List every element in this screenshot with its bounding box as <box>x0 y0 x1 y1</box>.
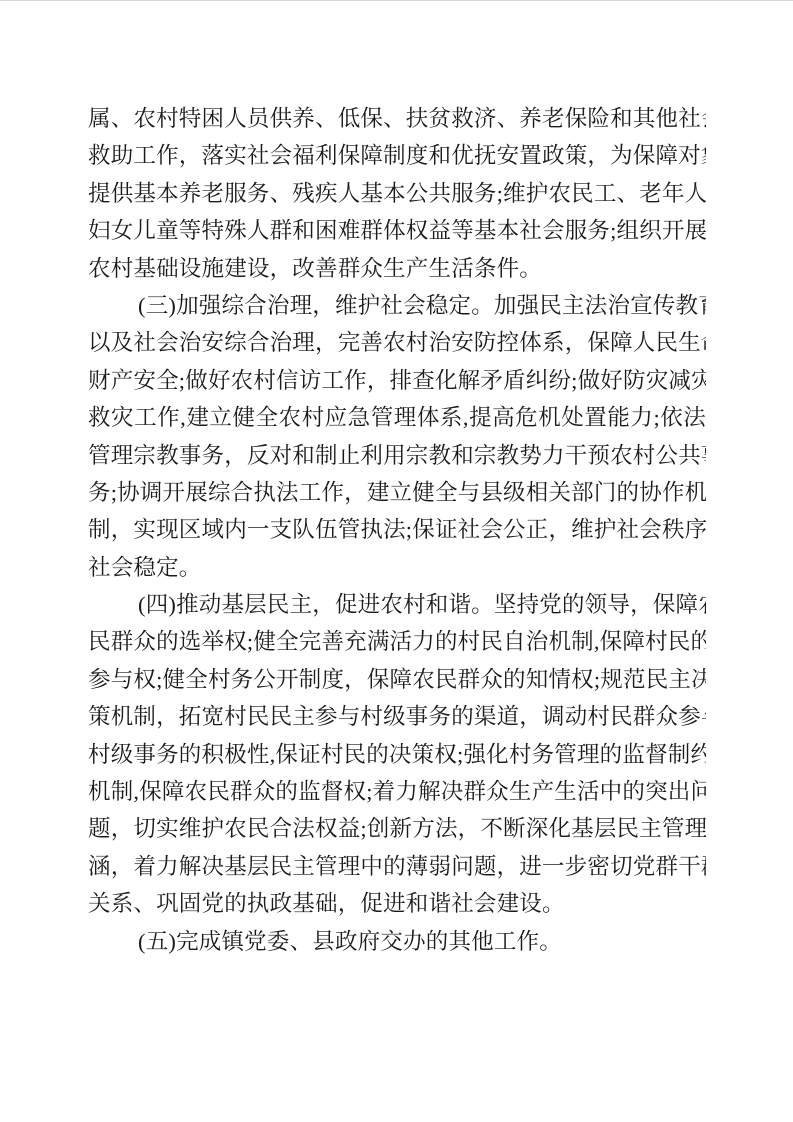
paragraph-item-four: (四)推动基层民主，促进农村和谐。坚持党的领导，保障农 民群众的选举权;健全完善… <box>88 586 706 923</box>
text-line: (三)加强综合治理，维护社会稳定。加强民主法治宣传教育 <box>88 287 706 324</box>
paragraph-continuation: 属、农村特困人员供养、低保、扶贫救济、养老保险和其他社会 救助工作，落实社会福利… <box>88 100 706 287</box>
text-line: 农村基础设施建设，改善群众生产生活条件。 <box>88 250 706 287</box>
text-line: 社会稳定。 <box>88 549 706 586</box>
paragraph-item-five: (五)完成镇党委、县政府交办的其他工作。 <box>88 923 706 960</box>
document-text-block: 属、农村特困人员供养、低保、扶贫救济、养老保险和其他社会 救助工作，落实社会福利… <box>88 100 706 960</box>
text-line: 涵，着力解决基层民主管理中的薄弱问题，进一步密切党群干群 <box>88 848 706 885</box>
text-line: 参与权;健全村务公开制度，保障农民群众的知情权;规范民主决 <box>88 661 706 698</box>
text-line: 属、农村特困人员供养、低保、扶贫救济、养老保险和其他社会 <box>88 100 706 137</box>
text-line: 救灾工作,建立健全农村应急管理体系,提高危机处置能力;依法 <box>88 399 706 436</box>
text-line: 管理宗教事务，反对和制止利用宗教和宗教势力干预农村公共事 <box>88 437 706 474</box>
document-page: 属、农村特困人员供养、低保、扶贫救济、养老保险和其他社会 救助工作，落实社会福利… <box>0 0 793 1122</box>
text-line: 财产安全;做好农村信访工作，排查化解矛盾纠纷;做好防灾减灾 <box>88 362 706 399</box>
text-line: (四)推动基层民主，促进农村和谐。坚持党的领导，保障农 <box>88 586 706 623</box>
text-line: 制，实现区域内一支队伍管执法;保证社会公正，维护社会秩序和 <box>88 511 706 548</box>
text-line: 救助工作，落实社会福利保障制度和优抚安置政策，为保障对象 <box>88 137 706 174</box>
text-line: 机制,保障农民群众的监督权;着力解决群众生产生活中的突出问 <box>88 773 706 810</box>
text-line: (五)完成镇党委、县政府交办的其他工作。 <box>88 923 706 960</box>
text-line: 村级事务的积极性,保证村民的决策权;强化村务管理的监督制约 <box>88 736 706 773</box>
text-line: 妇女儿童等特殊人群和困难群体权益等基本社会服务;组织开展 <box>88 212 706 249</box>
paragraph-item-three: (三)加强综合治理，维护社会稳定。加强民主法治宣传教育 以及社会治安综合治理，完… <box>88 287 706 586</box>
text-line: 关系、巩固党的执政基础，促进和谐社会建设。 <box>88 885 706 922</box>
text-line: 以及社会治安综合治理，完善农村治安防控体系，保障人民生命 <box>88 324 706 361</box>
text-line: 提供基本养老服务、残疾人基本公共服务;维护农民工、老年人、 <box>88 175 706 212</box>
text-line: 民群众的选举权;健全完善充满活力的村民自治机制,保障村民的 <box>88 623 706 660</box>
text-line: 策机制，拓宽村民民主参与村级事务的渠道，调动村民群众参与 <box>88 698 706 735</box>
text-line: 题，切实维护农民合法权益;创新方法，不断深化基层民主管理内 <box>88 810 706 847</box>
text-line: 务;协调开展综合执法工作，建立健全与县级相关部门的协作机 <box>88 474 706 511</box>
